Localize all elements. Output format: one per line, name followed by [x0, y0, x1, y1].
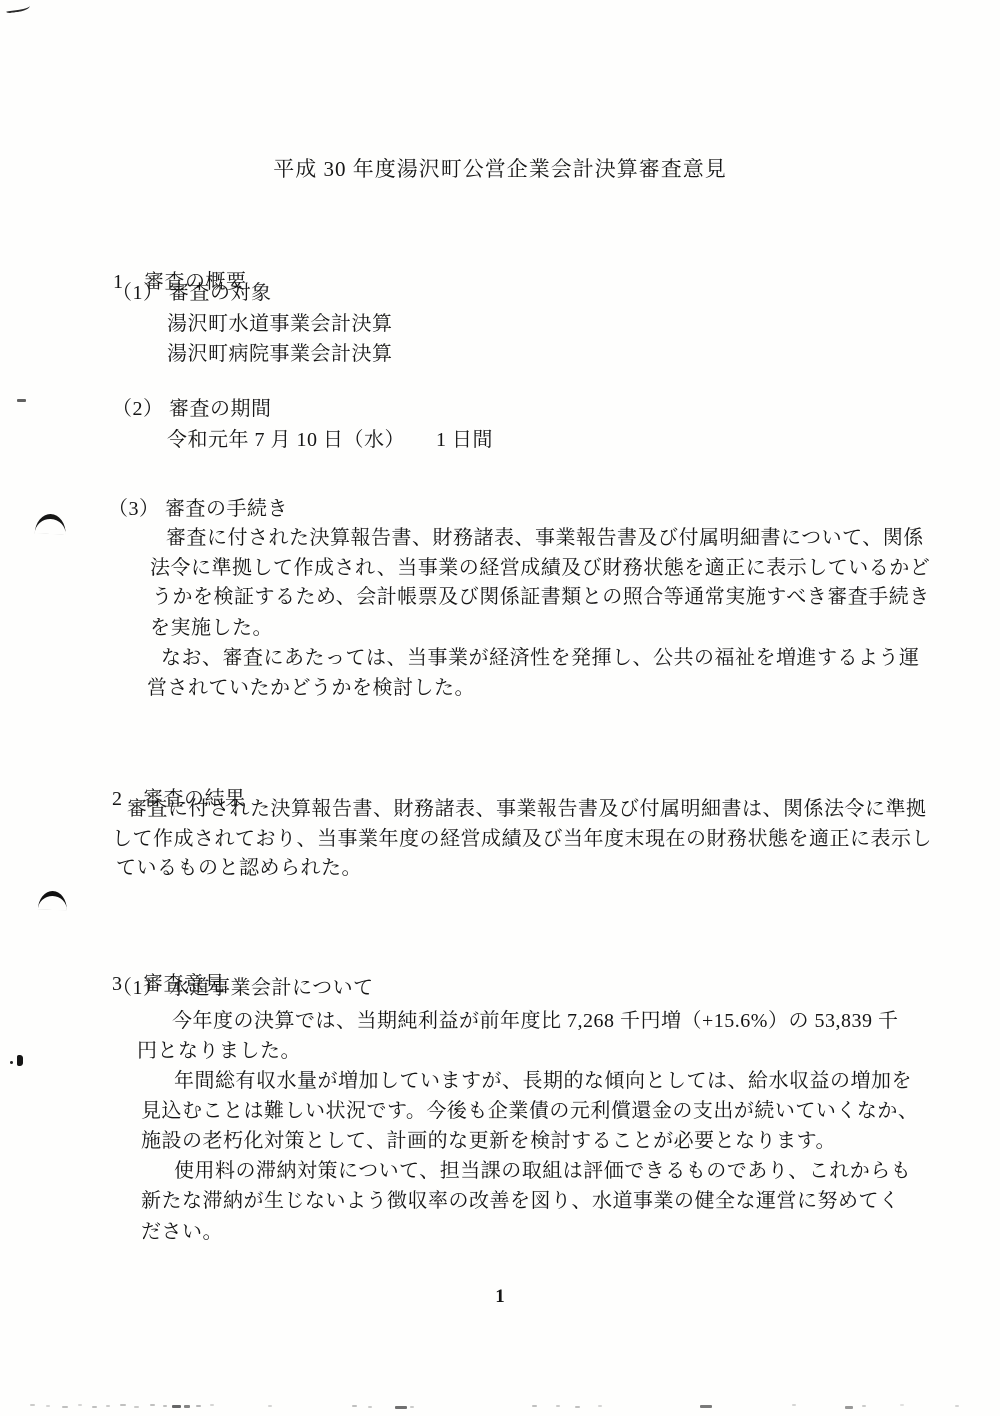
scan-noise-speck: [120, 1404, 126, 1406]
procedure-line-6: 営されていたかどうかを検討した。: [147, 676, 475, 700]
opinion-line-3: 年間総有収水量が増加していますが、長期的な傾向としては、給水収益の増加を: [174, 1069, 912, 1093]
scan-noise-speck: [575, 1406, 580, 1408]
scan-noise-speck: [556, 1405, 560, 1407]
scan-noise-speck: [955, 1405, 959, 1407]
procedure-line-3: うかを検証するため、会計帳票及び関係証書類との照合等通常実施すべき審査手続き: [152, 585, 930, 609]
scan-noise-speck: [845, 1406, 853, 1409]
scan-noise-speck: [172, 1405, 181, 1408]
procedure-line-4: を実施した。: [150, 616, 273, 640]
scan-noise-speck: [532, 1405, 537, 1407]
scan-artifact-top-left-dash: [6, 3, 31, 14]
scan-artifact-small-dot: [10, 1061, 13, 1064]
scan-noise-speck: [268, 1405, 272, 1407]
scan-noise-speck: [78, 1404, 82, 1406]
subsection-1-2-label: （2） 審査の期間: [112, 397, 272, 421]
procedure-line-1: 審査に付された決算報告書、財務諸表、事業報告書及び付属明細書について、関係: [166, 526, 924, 550]
scan-artifact-arc-mark-2: [38, 891, 67, 911]
procedure-line-2: 法令に準拠して作成され、当事業の経営成績及び財務状態を適正に表示しているかど: [150, 556, 930, 580]
document-page: 平成 30 年度湯沢町公営企業会計決算審査意見 1審査の概要 （1） 審査の対象…: [0, 0, 1000, 1416]
scan-noise-speck: [792, 1404, 796, 1406]
scan-noise-speck: [395, 1406, 407, 1409]
subsection-3-1-label: （1） 水道事業会計について: [112, 976, 374, 1000]
result-line-3: ているものと認められた。: [116, 856, 362, 880]
scan-artifact-small-blob: [17, 1055, 23, 1066]
scan-noise-speck: [46, 1405, 50, 1407]
scan-noise-speck: [30, 1404, 35, 1406]
opinion-line-6: 使用料の滞納対策について、担当課の取組は評価できるものであり、これからも: [174, 1159, 911, 1183]
scan-noise-band: [0, 1400, 1000, 1412]
scan-noise-speck: [900, 1404, 904, 1406]
opinion-line-2: 円となりました。: [137, 1039, 301, 1063]
opinion-line-8: ださい。: [141, 1220, 223, 1244]
result-line-1: 審査に付された決算報告書、財務諸表、事業報告書及び付属明細書は、関係法令に準拠: [127, 797, 927, 821]
scan-noise-speck: [92, 1406, 97, 1408]
subsection-1-1-label: （1） 審査の対象: [112, 281, 272, 305]
audit-target-line-1: 湯沢町水道事業会計決算: [167, 312, 393, 336]
scan-artifact-arc-mark-1: [35, 513, 67, 534]
scan-noise-speck: [862, 1405, 866, 1407]
audit-period-line: 令和元年 7 月 10 日（水） 1 日間: [167, 428, 493, 452]
opinion-line-7: 新たな滞納が生じないよう徴収率の改善を図り、水道事業の健全な運営に努めてく: [141, 1189, 900, 1213]
document-title: 平成 30 年度湯沢町公営企業会計決算審査意見: [0, 153, 1000, 183]
opinion-line-4: 見込むことは難しい状況です。今後も企業債の元利償還金の支出が続いていくなか、: [141, 1099, 918, 1123]
scan-noise-speck: [700, 1405, 712, 1408]
scan-noise-speck: [410, 1406, 414, 1408]
scan-noise-speck: [150, 1404, 155, 1406]
scan-noise-speck: [134, 1406, 139, 1408]
scan-artifact-left-dash: [17, 399, 26, 402]
scan-noise-speck: [352, 1405, 357, 1407]
result-line-2: して作成されており、当事業年度の経営成績及び当年度末現在の財務状態を適正に表示し: [112, 827, 932, 851]
opinion-line-1: 今年度の決算では、当期純利益が前年度比 7,268 千円増（+15.6%）の 5…: [172, 1009, 898, 1033]
scan-noise-speck: [368, 1406, 372, 1408]
scan-noise-speck: [62, 1406, 68, 1408]
scan-noise-speck: [106, 1405, 110, 1407]
procedure-line-5: なお、審査にあたっては、当事業が経済性を発揮し、公共の福祉を増進するよう運: [161, 646, 920, 670]
scan-noise-speck: [184, 1405, 190, 1408]
page-number: 1: [0, 1286, 1000, 1308]
scan-noise-speck: [196, 1405, 201, 1407]
audit-target-line-2: 湯沢町病院事業会計決算: [167, 342, 393, 366]
scan-noise-speck: [210, 1404, 214, 1406]
scan-noise-speck: [598, 1405, 602, 1407]
subsection-1-3-label: （3） 審査の手続き: [108, 497, 288, 521]
scan-noise-speck: [163, 1405, 167, 1407]
opinion-line-5: 施設の老朽化対策として、計画的な更新を検討することが必要となります。: [141, 1129, 836, 1153]
